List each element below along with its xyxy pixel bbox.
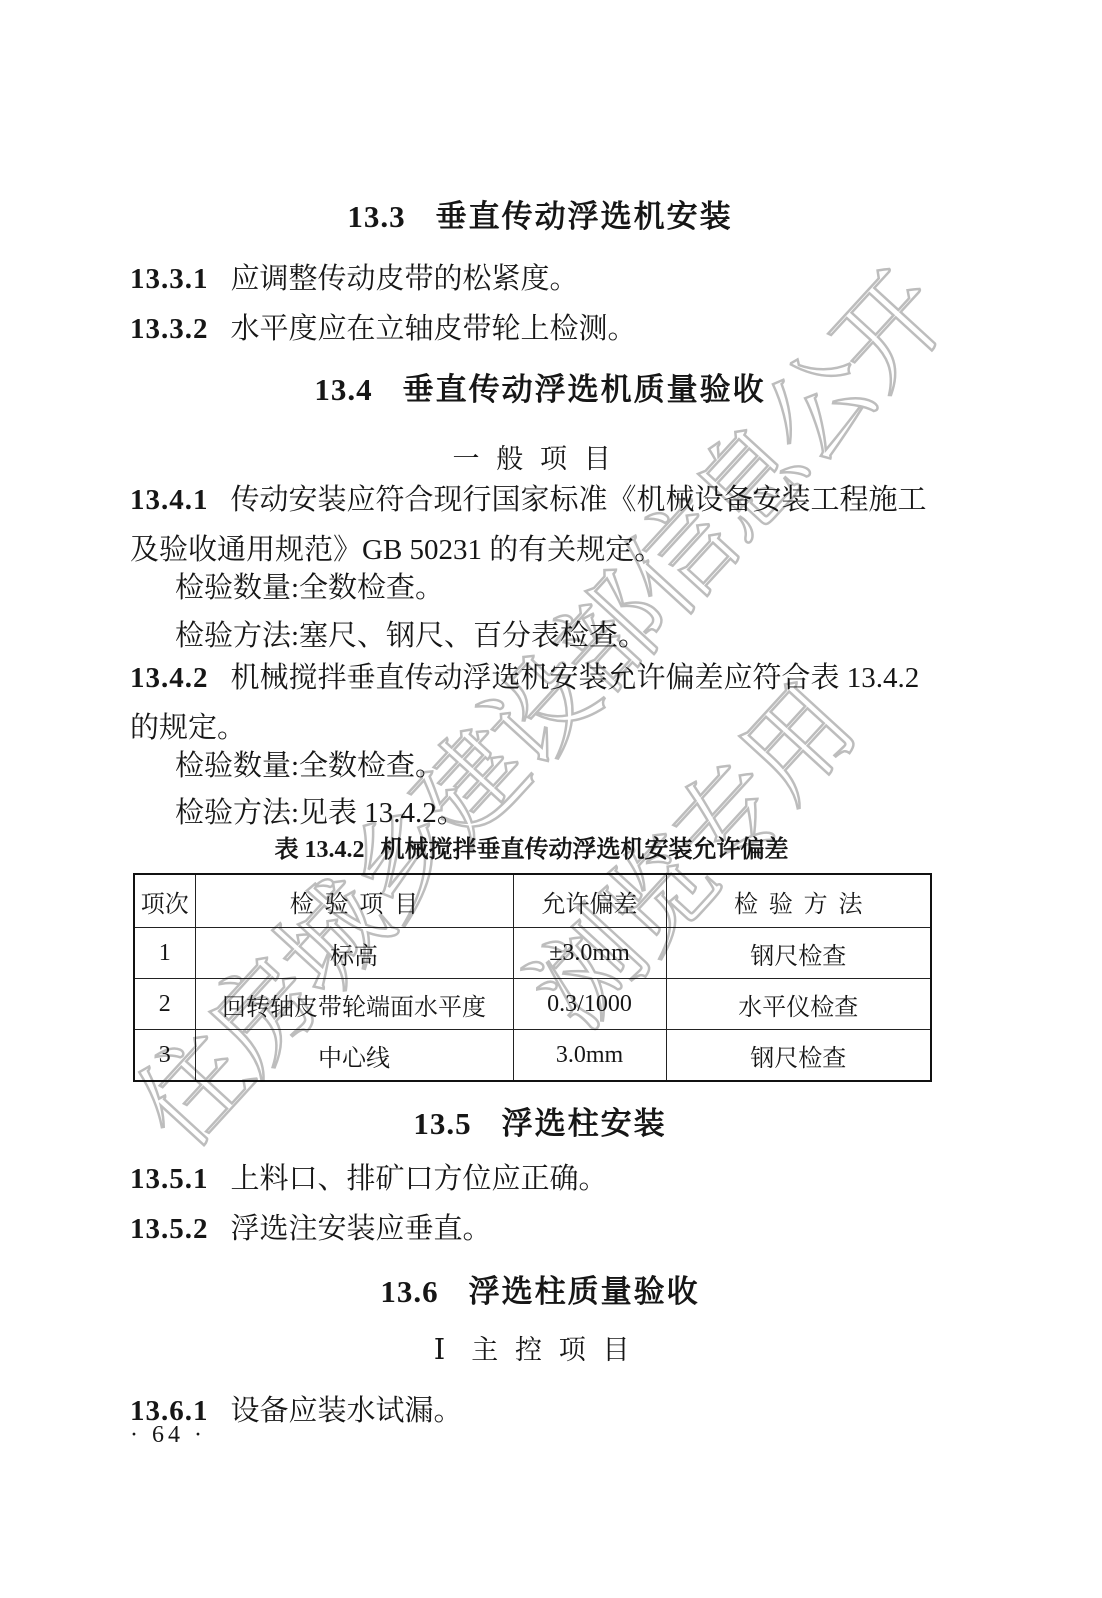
section-title: 垂直传动浮选机质量验收	[403, 372, 766, 407]
check-quantity-text: 检验数量:全数检查。	[175, 572, 444, 604]
section-title: 浮选柱质量验收	[469, 1274, 700, 1309]
clause-text: 浮选注安装应垂直。	[231, 1213, 492, 1245]
section-number: 13.5	[413, 1106, 471, 1141]
check-quantity-line: 检验数量:全数检查。	[130, 743, 972, 784]
table-caption: 表 13.4.2机械搅拌垂直传动浮选机安装允许偏差	[133, 829, 930, 864]
clause-number: 13.5.2	[130, 1213, 209, 1245]
clause-number: 13.3.1	[130, 263, 209, 295]
clause-text: 应调整传动皮带的松紧度。	[231, 263, 579, 295]
table-cell: 3.0mm	[513, 1030, 666, 1082]
table-cell: 水平仪检查	[666, 979, 931, 1030]
check-method-line: 检验方法:见表 13.4.2。	[130, 790, 972, 831]
table-header-cell: 项次	[134, 874, 195, 928]
clause-text: 的规定。	[130, 712, 246, 744]
clause-text: 机械搅拌垂直传动浮选机安装允许偏差应符合表 13.4.2	[231, 662, 920, 694]
general-items-label: 一般项目	[0, 437, 1080, 476]
clause-number: 13.4.1	[130, 484, 209, 516]
table-cell: 钢尺检查	[666, 928, 931, 979]
table-caption-title: 机械搅拌垂直传动浮选机安装允许偏差	[381, 836, 789, 863]
check-quantity-line: 检验数量:全数检查。	[130, 565, 972, 606]
table-header-row: 项次 检验项目 允许偏差 检验方法	[134, 874, 931, 928]
table-header-cell: 检验项目	[195, 874, 513, 928]
master-items-label: Ⅰ主控项目	[0, 1328, 1080, 1367]
table-row: 2 回转轴皮带轮端面水平度 0.3/1000 水平仪检查	[134, 979, 931, 1030]
check-method-line: 检验方法:塞尺、钢尺、百分表检查。	[130, 613, 972, 654]
section-title: 垂直传动浮选机安装	[436, 199, 733, 234]
table-header-cell: 检验方法	[666, 874, 931, 928]
deviation-table: 项次 检验项目 允许偏差 检验方法 1 标高 ±3.0mm 钢尺检查 2 回转轴…	[133, 873, 932, 1082]
clause-number: 13.4.2	[130, 662, 209, 694]
clause-text: 上料口、排矿口方位应正确。	[231, 1163, 608, 1195]
section-title: 浮选柱安装	[502, 1106, 667, 1141]
clause-13-4-2-line2: 的规定。	[130, 705, 972, 746]
table-header-cell: 允许偏差	[513, 874, 666, 928]
document-page: 13.3垂直传动浮选机安装 13.3.1应调整传动皮带的松紧度。 13.3.2水…	[0, 0, 1102, 1598]
clause-13-3-1: 13.3.1应调整传动皮带的松紧度。	[130, 256, 972, 297]
table-cell: 2	[134, 979, 195, 1030]
table-cell: 标高	[195, 928, 513, 979]
clause-number: 13.3.2	[130, 313, 209, 345]
section-number: 13.3	[347, 199, 405, 234]
table-cell: 1	[134, 928, 195, 979]
section-heading-13-3: 13.3垂直传动浮选机安装	[0, 191, 1080, 236]
table-cell: 3	[134, 1030, 195, 1082]
clause-13-5-2: 13.5.2浮选注安装应垂直。	[130, 1206, 972, 1247]
section-heading-13-4: 13.4垂直传动浮选机质量验收	[0, 364, 1080, 409]
table-cell: 回转轴皮带轮端面水平度	[195, 979, 513, 1030]
section-number: 13.6	[380, 1274, 438, 1309]
table-caption-number: 表 13.4.2	[275, 837, 365, 863]
page-number: · 64 ·	[130, 1422, 972, 1449]
check-quantity-text: 检验数量:全数检查。	[175, 750, 444, 782]
clause-text: 水平度应在立轴皮带轮上检测。	[231, 313, 637, 345]
roman-numeral: Ⅰ	[434, 1334, 445, 1366]
clause-text: 传动安装应符合现行国家标准《机械设备安装工程施工	[231, 484, 927, 516]
clause-13-4-2-line1: 13.4.2机械搅拌垂直传动浮选机安装允许偏差应符合表 13.4.2	[130, 655, 972, 696]
clause-13-4-1-line2: 及验收通用规范》GB 50231 的有关规定。	[130, 527, 972, 568]
clause-text: 及验收通用规范》GB 50231 的有关规定。	[130, 534, 663, 566]
table-cell: 0.3/1000	[513, 979, 666, 1030]
section-number: 13.4	[314, 372, 372, 407]
check-method-text: 检验方法:见表 13.4.2。	[175, 797, 466, 829]
check-method-text: 检验方法:塞尺、钢尺、百分表检查。	[175, 620, 647, 652]
clause-number: 13.5.1	[130, 1163, 209, 1195]
table-cell: 钢尺检查	[666, 1030, 931, 1082]
table-cell: 中心线	[195, 1030, 513, 1082]
clause-13-5-1: 13.5.1上料口、排矿口方位应正确。	[130, 1156, 972, 1197]
table-cell: ±3.0mm	[513, 928, 666, 979]
table-row: 3 中心线 3.0mm 钢尺检查	[134, 1030, 931, 1082]
master-items-text: 主控项目	[471, 1335, 646, 1365]
section-heading-13-6: 13.6浮选柱质量验收	[0, 1266, 1080, 1311]
clause-13-3-2: 13.3.2水平度应在立轴皮带轮上检测。	[130, 306, 972, 347]
section-heading-13-5: 13.5浮选柱安装	[0, 1098, 1080, 1143]
clause-13-4-1-line1: 13.4.1传动安装应符合现行国家标准《机械设备安装工程施工	[130, 477, 972, 518]
table-row: 1 标高 ±3.0mm 钢尺检查	[134, 928, 931, 979]
